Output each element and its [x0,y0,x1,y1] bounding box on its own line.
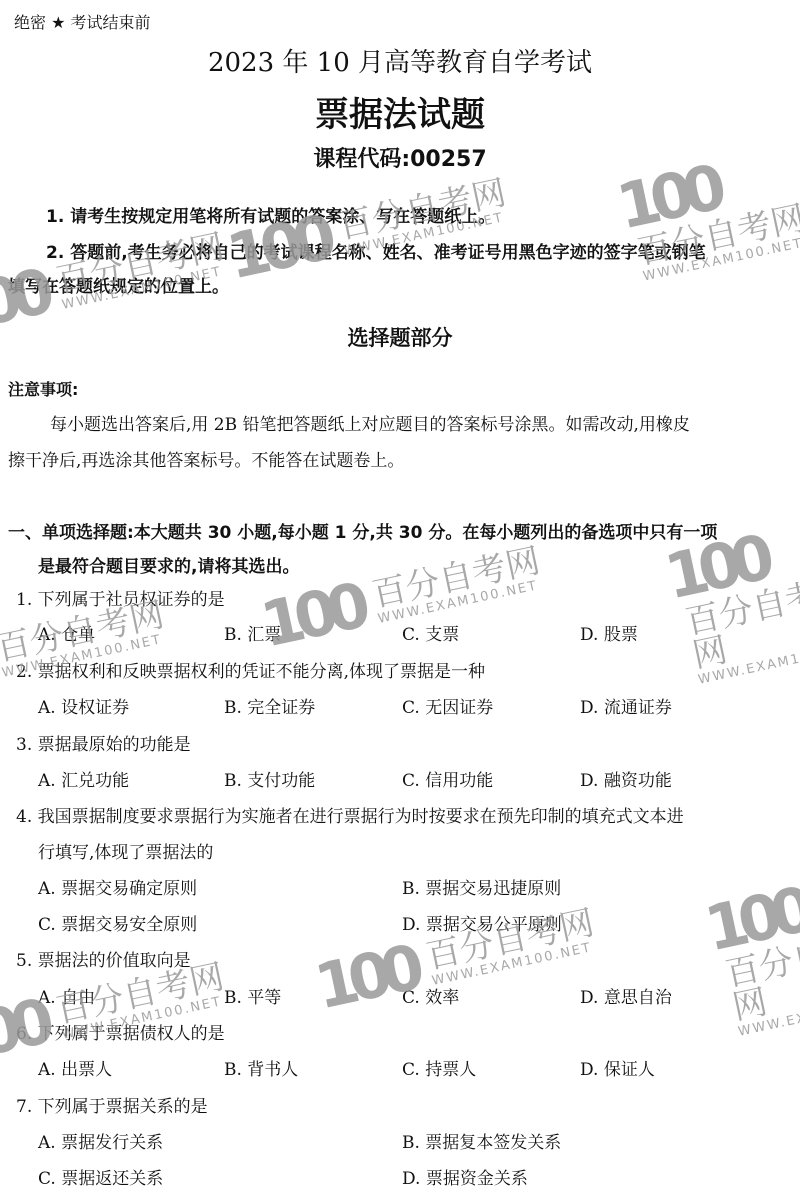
section-title: 选择题部分 [0,322,800,352]
part-one-heading-line1: 一、单项选择题:本大题共 30 小题,每小题 1 分,共 30 分。在每小题列出… [8,518,717,543]
instruction-1: 1. 请考生按规定用笔将所有试题的答案涂、写在答题纸上。 [46,202,495,227]
question-6-option-d: D. 保证人 [580,1055,655,1080]
question-5-option-b: B. 平等 [224,983,281,1008]
question-7-option-d: D. 票据资金关系 [402,1164,528,1189]
attention-text-line2: 擦干净后,再选涂其他答案标号。不能答在试题卷上。 [8,446,404,471]
question-6-option-b: B. 背书人 [224,1055,298,1080]
question-5-option-c: C. 效率 [402,983,459,1008]
question-3-option-b: B. 支付功能 [224,766,315,791]
question-5-option-d: D. 意思自治 [580,983,672,1008]
question-4-option-a: A. 票据交易确定原则 [38,874,197,899]
watermark-logo: 100 百分自考网WWW.EXAM100.NET [222,169,513,289]
question-2-option-c: C. 无因证券 [402,693,493,718]
question-6-stem: 6. 下列属于票据债权人的是 [16,1019,225,1044]
question-2-option-b: B. 完全证券 [224,693,315,718]
paper-title: 票据法试题 [0,87,800,136]
question-7-option-a: A. 票据发行关系 [38,1128,163,1153]
question-5-option-a: A. 自由 [38,983,95,1008]
part-one-heading-line2: 是最符合题目要求的,请将其选出。 [38,552,299,577]
question-1-option-b: B. 汇票 [224,620,281,645]
question-3-option-d: D. 融资功能 [580,766,672,791]
watermark-name: 百分自考网 [369,543,542,612]
question-7-option-c: C. 票据返还关系 [38,1164,163,1189]
question-1-option-a: A. 仓单 [38,620,95,645]
question-6-option-c: C. 持票人 [402,1055,476,1080]
question-1-option-d: D. 股票 [580,620,638,645]
exam-title: 2023 年 10 月高等教育自学考试 [0,42,800,79]
attention-label: 注意事项: [8,377,78,400]
instruction-2-line1: 2. 答题前,考生务必将自己的考试课程名称、姓名、准考证号用黑色字迹的签字笔或钢… [46,238,706,263]
watermark-url: WWW.EXAM100.NET [737,991,800,1040]
question-7-option-b: B. 票据复本签发关系 [402,1128,561,1153]
question-6-option-a: A. 出票人 [38,1055,112,1080]
question-4-option-d: D. 票据交易公平原则 [402,910,562,935]
course-code: 课程代码:00257 [0,142,800,173]
question-7-stem: 7. 下列属于票据关系的是 [16,1092,208,1117]
question-2-option-d: D. 流通证券 [580,693,672,718]
question-3-option-a: A. 汇兑功能 [38,766,129,791]
question-4-option-b: B. 票据交易迅捷原则 [402,874,561,899]
watermark-url: WWW.EXAM100.NET [430,938,599,988]
question-3-stem: 3. 票据最原始的功能是 [16,730,191,755]
question-2-option-a: A. 设权证券 [38,693,129,718]
confidential-mark: 绝密 ★ 考试结束前 [14,10,151,33]
question-1-stem: 1. 下列属于社员权证券的是 [16,585,225,610]
watermark-100-icon: 100 [700,879,800,960]
question-4-stem-line2: 行填写,体现了票据法的 [38,838,213,863]
question-1-option-c: C. 支票 [402,620,459,645]
watermark-url: WWW.EXAM100.NET [376,576,545,626]
question-3-option-c: C. 信用功能 [402,766,493,791]
question-2-stem: 2. 票据权利和反映票据权利的凭证不能分离,体现了票据是一种 [16,657,485,682]
watermark-url: WWW.EXAM100.NET [697,639,800,688]
question-4-stem: 4. 我国票据制度要求票据行为实施者在进行票据行为时按要求在预先印制的填充式文本… [16,802,684,827]
instruction-2-line2: 填写在答题纸规定的位置上。 [8,272,229,297]
watermark-name: 百分自考网 [723,925,800,1025]
watermark-logo: 100 百分自考网WWW.EXAM100.NET [700,864,800,1042]
watermark-name: 百分自考网 [683,573,800,673]
attention-text-line1: 每小题选出答案后,用 2B 铅笔把答题纸上对应题目的答案标号涂黑。如需改动,用橡… [50,410,690,435]
question-4-option-c: C. 票据交易安全原则 [38,910,197,935]
question-5-stem: 5. 票据法的价值取向是 [16,946,191,971]
